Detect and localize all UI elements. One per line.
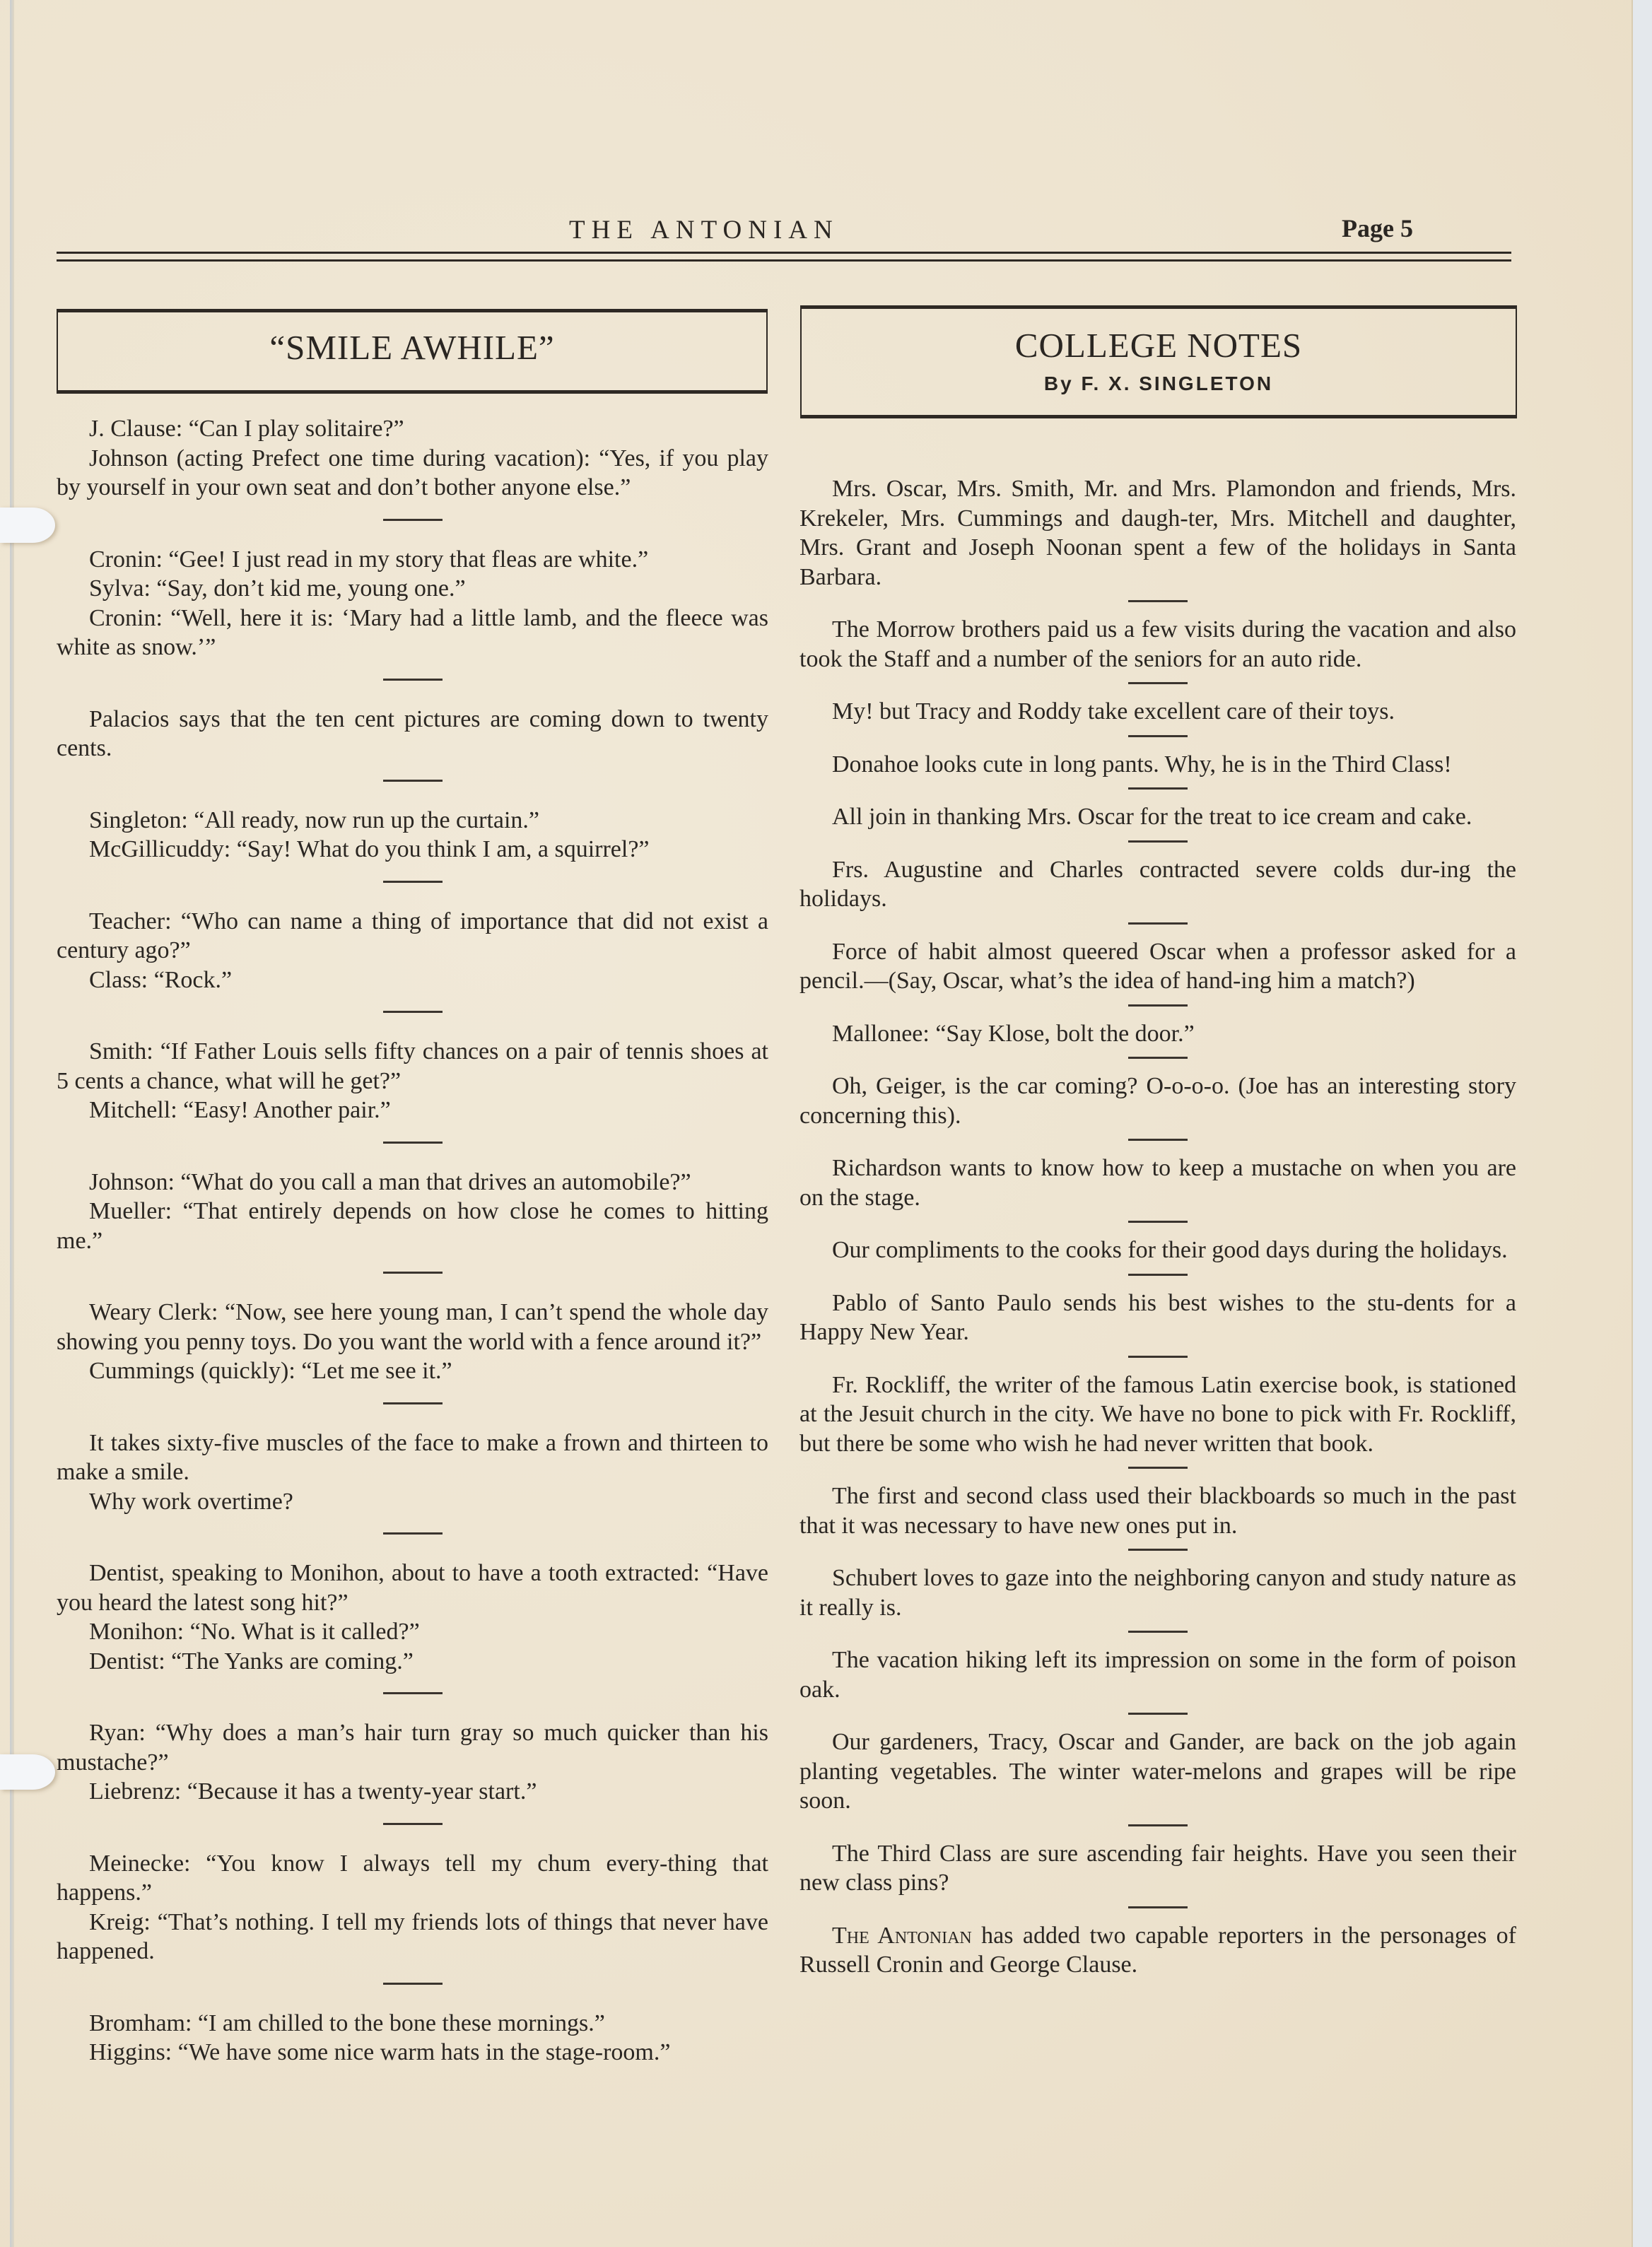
joke-line: Cummings (quickly): “Let me see it.” — [57, 1356, 768, 1386]
item-separator — [383, 780, 443, 782]
punched-hole-bottom — [0, 1754, 55, 1790]
joke-item: Dentist, speaking to Monihon, about to h… — [57, 1559, 768, 1676]
joke-line: Sylva: “Say, don’t kid me, young one.” — [57, 574, 768, 604]
joke-item: J. Clause: “Can I play solitaire?”Johnso… — [57, 414, 768, 503]
college-notes-byline: By F. X. SINGLETON — [802, 372, 1516, 395]
note-text: Pablo of Santo Paulo sends his best wish… — [799, 1289, 1516, 1347]
item-separator — [1128, 1356, 1188, 1358]
joke-line: J. Clause: “Can I play solitaire?” — [57, 414, 768, 444]
joke-line: Singleton: “All ready, now run up the cu… — [57, 806, 768, 835]
item-separator — [383, 881, 443, 883]
masthead: THE ANTONIAN — [569, 215, 839, 245]
note-text: The Morrow brothers paid us a few visits… — [799, 615, 1516, 674]
note-item: Richardson wants to know how to keep a m… — [799, 1154, 1516, 1212]
note-text: Our compliments to the cooks for their g… — [799, 1236, 1516, 1265]
item-separator — [1128, 1004, 1188, 1007]
running-header: THE ANTONIAN Page 5 — [57, 211, 1509, 253]
joke-item: Smith: “If Father Louis sells fifty chan… — [57, 1037, 768, 1125]
note-text: The vacation hiking left its impression … — [799, 1645, 1516, 1704]
note-text: Our gardeners, Tracy, Oscar and Gander, … — [799, 1727, 1516, 1816]
joke-line: Johnson (acting Prefect one time during … — [57, 444, 768, 503]
note-item: The Morrow brothers paid us a few visits… — [799, 615, 1516, 674]
joke-line: Meinecke: “You know I always tell my chu… — [57, 1849, 768, 1908]
joke-line: McGillicuddy: “Say! What do you think I … — [57, 835, 768, 864]
joke-item: Weary Clerk: “Now, see here young man, I… — [57, 1298, 768, 1386]
joke-line: Teacher: “Who can name a thing of import… — [57, 907, 768, 966]
joke-line: Dentist, speaking to Monihon, about to h… — [57, 1559, 768, 1617]
item-separator — [1128, 1057, 1188, 1059]
item-separator — [383, 1532, 443, 1535]
note-item: Our compliments to the cooks for their g… — [799, 1236, 1516, 1265]
item-separator — [383, 1983, 443, 1985]
joke-item: Johnson: “What do you call a man that dr… — [57, 1168, 768, 1256]
item-separator — [383, 1823, 443, 1825]
joke-line: Ryan: “Why does a man’s hair turn gray s… — [57, 1718, 768, 1777]
joke-item: It takes sixty-five muscles of the face … — [57, 1428, 768, 1517]
item-separator — [1128, 1467, 1188, 1469]
joke-line: Monihon: “No. What is it called?” — [57, 1617, 768, 1647]
note-item: Frs. Augustine and Charles contracted se… — [799, 855, 1516, 914]
note-text: Mallonee: “Say Klose, bolt the door.” — [799, 1019, 1516, 1049]
item-separator — [1128, 600, 1188, 602]
college-notes-header-box: COLLEGE NOTES By F. X. SINGLETON — [800, 305, 1517, 418]
item-separator — [1128, 682, 1188, 684]
item-separator — [1128, 1221, 1188, 1223]
joke-line: Why work overtime? — [57, 1487, 768, 1517]
smile-awhile-header-box: “SMILE AWHILE” — [57, 309, 768, 394]
note-item: Oh, Geiger, is the car coming? O-o-o-o. … — [799, 1072, 1516, 1130]
note-item: My! but Tracy and Roddy take excellent c… — [799, 697, 1516, 727]
note-item: Schubert loves to gaze into the neighbor… — [799, 1563, 1516, 1622]
joke-line: Weary Clerk: “Now, see here young man, I… — [57, 1298, 768, 1356]
note-text: Fr. Rockliff, the writer of the famous L… — [799, 1371, 1516, 1459]
note-item: The first and second class used their bl… — [799, 1482, 1516, 1540]
joke-line: Johnson: “What do you call a man that dr… — [57, 1168, 768, 1197]
note-item: Force of habit almost queered Oscar when… — [799, 937, 1516, 996]
item-separator — [383, 1272, 443, 1274]
masthead-smallcaps: The Antonian — [832, 1923, 972, 1949]
item-separator — [1128, 922, 1188, 925]
note-item: The Third Class are sure ascending fair … — [799, 1839, 1516, 1898]
item-separator — [383, 1011, 443, 1013]
newspaper-page: THE ANTONIAN Page 5 “SMILE AWHILE” COLLE… — [0, 0, 1633, 2247]
note-item: Mallonee: “Say Klose, bolt the door.” — [799, 1019, 1516, 1049]
note-text: The Antonian has added two capable repor… — [799, 1921, 1516, 1980]
college-notes-column: Mrs. Oscar, Mrs. Smith, Mr. and Mrs. Pla… — [799, 474, 1516, 1980]
joke-line: Class: “Rock.” — [57, 966, 768, 995]
item-separator — [1128, 1631, 1188, 1633]
item-separator — [1128, 1549, 1188, 1551]
item-separator — [1128, 1274, 1188, 1276]
note-text: Donahoe looks cute in long pants. Why, h… — [799, 750, 1516, 780]
joke-line: Kreig: “That’s nothing. I tell my friend… — [57, 1908, 768, 1966]
joke-item: Bromham: “I am chilled to the bone these… — [57, 2009, 768, 2067]
item-separator — [383, 519, 443, 521]
joke-line: Cronin: “Well, here it is: ‘Mary had a l… — [57, 604, 768, 662]
punched-hole-top — [0, 508, 55, 543]
joke-item: Singleton: “All ready, now run up the cu… — [57, 806, 768, 864]
note-item: Mrs. Oscar, Mrs. Smith, Mr. and Mrs. Pla… — [799, 474, 1516, 592]
joke-line: Mueller: “That entirely depends on how c… — [57, 1197, 768, 1255]
page-edge-shadow — [10, 0, 14, 2247]
item-separator — [383, 1142, 443, 1144]
joke-line: It takes sixty-five muscles of the face … — [57, 1428, 768, 1487]
header-double-rule — [57, 252, 1511, 262]
joke-item: Cronin: “Gee! I just read in my story th… — [57, 545, 768, 662]
smile-awhile-title: “SMILE AWHILE” — [58, 329, 766, 366]
item-separator — [1128, 1824, 1188, 1826]
joke-item: Teacher: “Who can name a thing of import… — [57, 907, 768, 995]
joke-line: Smith: “If Father Louis sells fifty chan… — [57, 1037, 768, 1096]
joke-line: Cronin: “Gee! I just read in my story th… — [57, 545, 768, 575]
item-separator — [1128, 1713, 1188, 1715]
note-text: Frs. Augustine and Charles contracted se… — [799, 855, 1516, 914]
note-text: My! but Tracy and Roddy take excellent c… — [799, 697, 1516, 727]
note-item: Donahoe looks cute in long pants. Why, h… — [799, 750, 1516, 780]
item-separator — [1128, 1139, 1188, 1141]
college-notes-title: COLLEGE NOTES — [802, 327, 1516, 364]
smile-awhile-column: J. Clause: “Can I play solitaire?”Johnso… — [57, 414, 768, 2067]
note-item: All join in thanking Mrs. Oscar for the … — [799, 802, 1516, 832]
note-text: Force of habit almost queered Oscar when… — [799, 937, 1516, 996]
joke-line: Mitchell: “Easy! Another pair.” — [57, 1096, 768, 1125]
item-separator — [383, 679, 443, 681]
note-text: All join in thanking Mrs. Oscar for the … — [799, 802, 1516, 832]
item-separator — [1128, 735, 1188, 737]
note-text: Mrs. Oscar, Mrs. Smith, Mr. and Mrs. Pla… — [799, 474, 1516, 592]
note-item: The vacation hiking left its impression … — [799, 1645, 1516, 1704]
note-text: Oh, Geiger, is the car coming? O-o-o-o. … — [799, 1072, 1516, 1130]
item-separator — [383, 1402, 443, 1404]
joke-line: Liebrenz: “Because it has a twenty-year … — [57, 1777, 768, 1807]
joke-line: Dentist: “The Yanks are coming.” — [57, 1647, 768, 1677]
joke-item: Palacios says that the ten cent pictures… — [57, 705, 768, 763]
note-item: Pablo of Santo Paulo sends his best wish… — [799, 1289, 1516, 1347]
item-separator — [1128, 1906, 1188, 1908]
page-number: Page 5 — [1342, 213, 1413, 243]
joke-item: Ryan: “Why does a man’s hair turn gray s… — [57, 1718, 768, 1807]
note-text: Schubert loves to gaze into the neighbor… — [799, 1563, 1516, 1622]
note-text: The first and second class used their bl… — [799, 1482, 1516, 1540]
note-item-final: The Antonian has added two capable repor… — [799, 1921, 1516, 1980]
item-separator — [1128, 840, 1188, 843]
joke-line: Palacios says that the ten cent pictures… — [57, 705, 768, 763]
joke-line: Bromham: “I am chilled to the bone these… — [57, 2009, 768, 2038]
item-separator — [383, 1692, 443, 1694]
note-item: Fr. Rockliff, the writer of the famous L… — [799, 1371, 1516, 1459]
joke-item: Meinecke: “You know I always tell my chu… — [57, 1849, 768, 1966]
note-item: Our gardeners, Tracy, Oscar and Gander, … — [799, 1727, 1516, 1816]
joke-line: Higgins: “We have some nice warm hats in… — [57, 2038, 768, 2067]
note-text: The Third Class are sure ascending fair … — [799, 1839, 1516, 1898]
note-text: Richardson wants to know how to keep a m… — [799, 1154, 1516, 1212]
item-separator — [1128, 787, 1188, 790]
